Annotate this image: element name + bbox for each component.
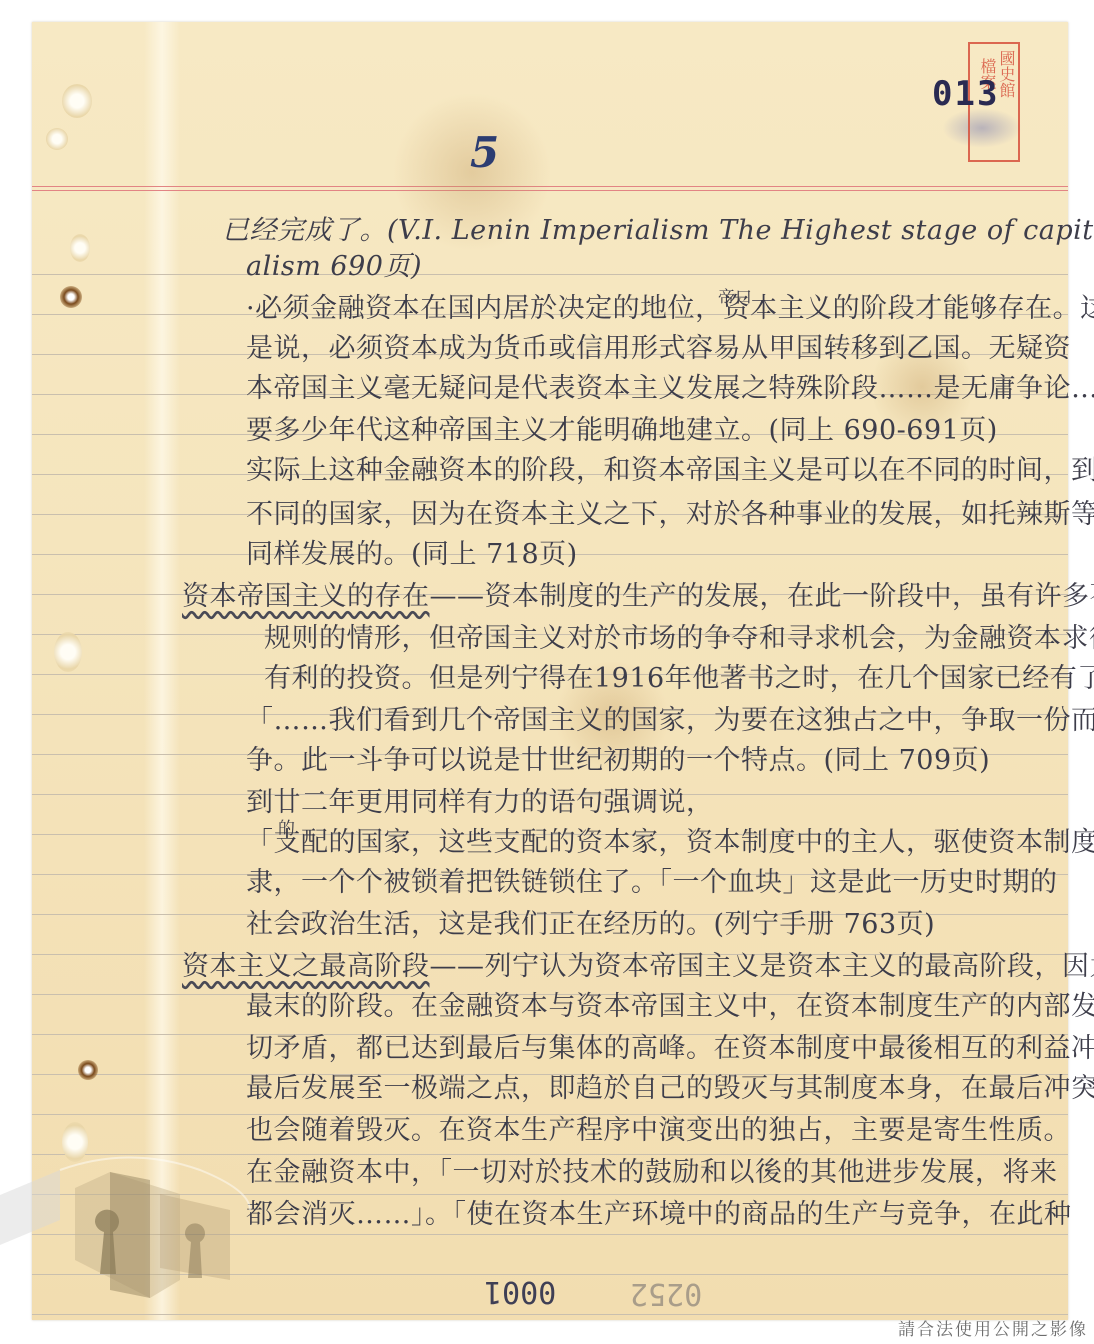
text-line: 本帝国主义毫无疑问是代表资本主义发展之特殊阶段……是无庸争论…… — [246, 366, 1094, 405]
text-line: 不同的国家，因为在资本主义之下，对於各种事业的发展，如托辣斯等，是不能 — [246, 492, 1094, 531]
burn-mark — [78, 1060, 98, 1080]
text-line: 「支配的国家，这些支配的资本家，资本制度中的主人，驱使资本制度中的奴 — [246, 820, 1094, 859]
pencil-page-number: 0001 — [484, 1274, 556, 1309]
text-line: 已经完成了。(V.I. Lenin Imperialism The Highes… — [222, 208, 1094, 247]
section-heading-line: 资本主义之最高阶段——列宁认为资本帝国主义是资本主义的最高阶段，因为也是 — [182, 944, 1094, 983]
text-line: 同样发展的。(同上 718页) — [246, 532, 578, 571]
text-line: 最后发展至一极端之点，即趋於自己的毁灭与其制度本身，在最后冲突中， — [246, 1066, 1094, 1105]
archive-number: 013 — [932, 74, 999, 114]
interlinear-annotation: 帝口 — [718, 283, 752, 308]
punch-hole — [46, 128, 68, 150]
burn-mark — [60, 286, 82, 308]
text-line: 最末的阶段。在金融资本与资本帝国主义中，在资本制度生产的内部发展的一 — [246, 984, 1094, 1023]
text-line: ·必须金融资本在国内居於决定的地位，资本主义的阶段才能够存在。这 — [246, 286, 1094, 325]
text-line: 争。此一斗争可以说是廿世纪初期的一个特点。(同上 709页) — [246, 738, 990, 777]
section-heading-line: 资本帝国主义的存在——资本制度的生产的发展，在此一阶段中，虽有许多不完与不 — [182, 574, 1094, 613]
stamped-page-number: 0252 — [630, 1276, 702, 1311]
interlinear-annotation: 的 — [278, 814, 295, 839]
section-heading: 资本主义之最高阶段 — [182, 951, 430, 982]
text-line: 切矛盾，都已达到最后与集体的高峰。在资本制度中最後相互的利益冲突， — [246, 1026, 1094, 1065]
text-line: 到廿二年更用同样有力的语句强调说， — [246, 780, 714, 819]
page-mark: 5 — [470, 128, 499, 177]
text-line: 规则的情形，但帝国主义对於市场的争夺和寻求机会，为金融资本求得 — [264, 616, 1094, 655]
text-line: 隶，一个个被锁着把铁链锁住了。「一个血块」这是此一历史时期的 — [246, 860, 1058, 899]
text-line: 实际上这种金融资本的阶段，和资本帝国主义是可以在不同的时间，到达 — [246, 448, 1094, 487]
text-line: 是说，必须资本成为货币或信用形式容易从甲国转移到乙国。无疑资 — [246, 326, 1071, 365]
line-text: ——资本制度的生产的发展，在此一阶段中，虽有许多不完与不 — [430, 581, 1094, 612]
line-text: ——列宁认为资本帝国主义是资本主义的最高阶段，因为也是 — [430, 951, 1094, 982]
text-line: 在金融资本中，「一切对於技术的鼓励和以後的其他进步发展，将来 — [246, 1150, 1058, 1189]
text-line: 「……我们看到几个帝国主义的国家，为要在这独占之中，争取一份而自相斗 — [246, 698, 1094, 737]
text-line: 也会随着毁灭。在资本生产程序中演变出的独占，主要是寄生性质。 — [246, 1108, 1071, 1147]
usage-watermark: 請合法使用公開之影像 — [898, 1315, 1088, 1340]
text-line: 都会消灭……」。「使在资本生产环境中的商品的生产与竞争，在此种 — [246, 1192, 1072, 1231]
section-heading: 资本帝国主义的存在 — [182, 581, 430, 612]
archive-logo-icon — [0, 1150, 260, 1344]
text-line: 社会政治生活，这是我们正在经历的。(列宁手册 763页) — [246, 902, 935, 941]
ruled-line — [32, 274, 1068, 275]
text-line: alism 690页) — [246, 244, 422, 283]
punch-hole — [62, 84, 92, 118]
punch-hole — [70, 234, 90, 262]
paper-fold — [144, 22, 180, 1320]
punch-hole — [54, 632, 82, 672]
text-line: 要多少年代这种帝国主义才能明确地建立。(同上 690-691页) — [246, 408, 998, 447]
text-line: 有利的投资。但是列宁得在1916年他著书之时，在几个国家已经有了。 — [264, 656, 1094, 695]
